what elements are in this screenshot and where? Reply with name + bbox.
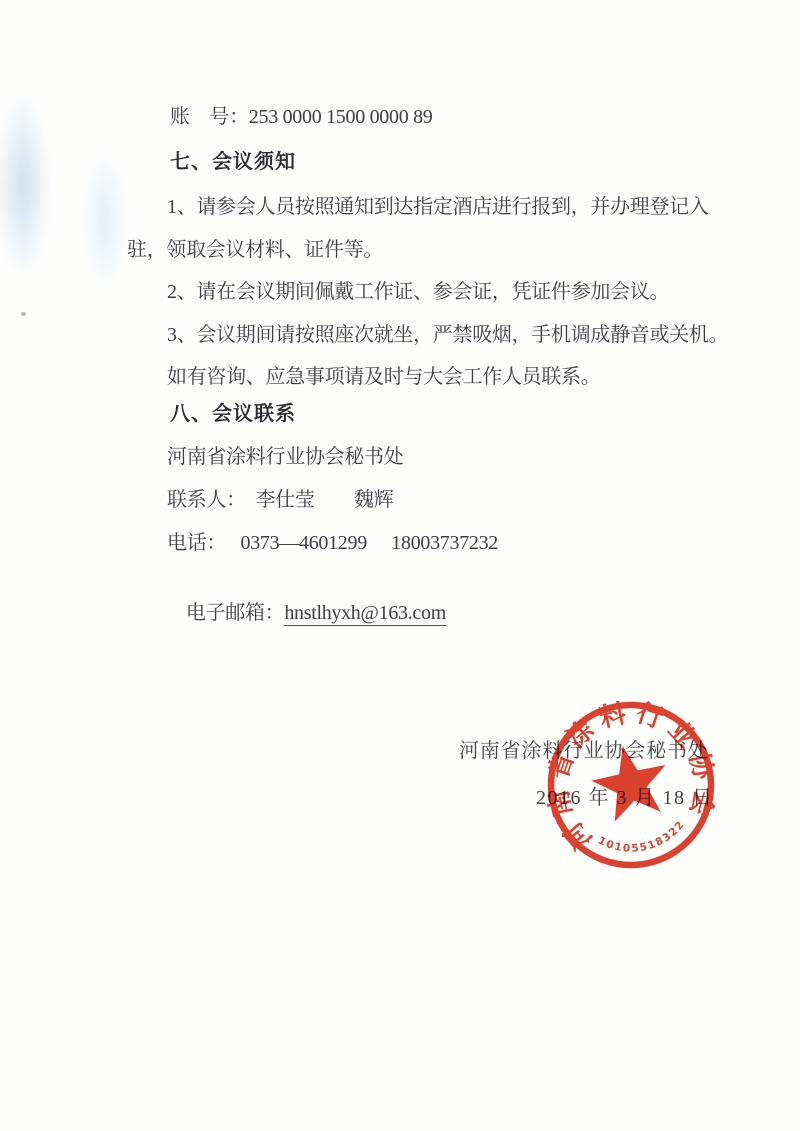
seal-ring-text: 河南省涂料行业协会 (543, 697, 719, 859)
contact-phone-line: 电话： 0373—4601299 18003737232 (167, 529, 498, 557)
contact-org-line: 河南省涂料行业协会秘书处 (167, 443, 403, 471)
section-heading-7: 七、会议须知 (170, 148, 296, 176)
account-number-line: 账 号：253 0000 1500 0000 89 (170, 103, 433, 131)
notice-item-2: 2、请在会议期间佩戴工作证、参会证，凭证件参加会议。 (167, 278, 669, 306)
notice-item-1-line-1: 1、请参会人员按照通知到达指定酒店进行报到，并办理登记入 (167, 193, 709, 221)
email-address: hnstlhyxh@163.com (284, 602, 446, 626)
notice-item-4: 如有咨询、应急事项请及时与大会工作人员联系。 (167, 363, 600, 391)
signature-org: 河南省涂料行业协会秘书处 (459, 737, 709, 765)
email-label: 电子邮箱： (186, 602, 285, 624)
email-line: 电子邮箱：hnstlhyxh@163.com (167, 571, 446, 655)
scan-smudge (0, 55, 165, 365)
section-heading-8: 八、会议联系 (170, 400, 296, 428)
notice-item-1-line-2: 驻，领取会议材料、证件等。 (127, 236, 383, 264)
contact-person-line: 联系人： 李仕莹 魏辉 (167, 486, 393, 514)
notice-item-3: 3、会议期间请按照座次就坐，严禁吸烟，手机调成静音或关机。 (167, 321, 728, 349)
signature-date: 2016 年 3 月 18 日 (536, 784, 714, 812)
scan-speck (21, 312, 26, 316)
scanned-document-page: 账 号：253 0000 1500 0000 89 七、会议须知 1、请参会人员… (0, 0, 800, 1131)
